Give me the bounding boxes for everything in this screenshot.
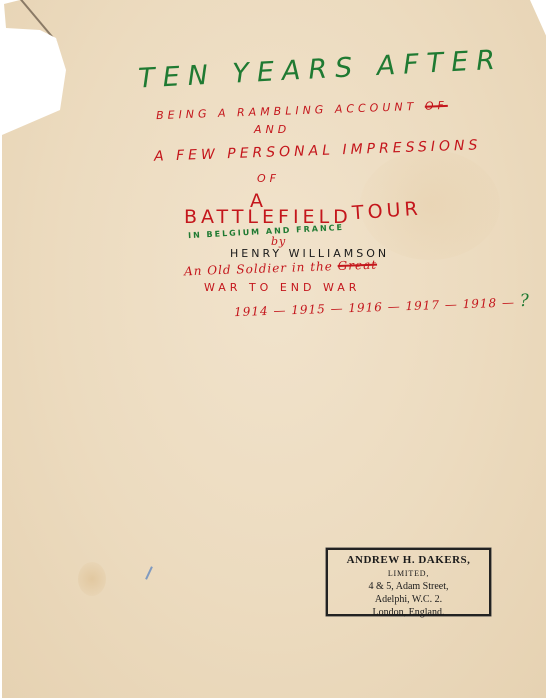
- publisher-suffix: LIMITED,: [328, 567, 489, 580]
- subtitle-line-1: BEING A RAMBLING ACCOUNT OF: [156, 99, 448, 122]
- subtitle-line-4: OF: [257, 172, 280, 185]
- water-stain: [78, 562, 106, 596]
- war-years: 1914 — 1915 — 1916 — 1917 — 1918 — ?: [234, 291, 531, 321]
- publisher-street: 4 & 5, Adam Street,: [328, 580, 489, 593]
- question-mark: ?: [519, 291, 530, 311]
- publisher-stamp: ANDREW H. DAKERS, LIMITED, 4 & 5, Adam S…: [326, 548, 491, 616]
- author-descriptor: An Old Soldier in the Great: [184, 258, 377, 279]
- struck-descriptor-word: Great: [337, 258, 377, 273]
- publisher-city: London, England.: [328, 606, 489, 619]
- torn-corner-crease: [20, 0, 57, 42]
- subtitle-text: BEING A RAMBLING ACCOUNT: [156, 100, 418, 122]
- struck-word: OF: [425, 99, 448, 113]
- document-title: TEN YEARS AFTER: [137, 44, 503, 94]
- publisher-district: Adelphi, W.C. 2.: [328, 593, 489, 606]
- war-phrase: WAR TO END WAR: [204, 281, 360, 294]
- descriptor-text: An Old Soldier in the: [184, 259, 333, 278]
- manuscript-page: TEN YEARS AFTER BEING A RAMBLING ACCOUNT…: [0, 0, 546, 698]
- years-text: 1914 — 1915 — 1916 — 1917 — 1918 —: [234, 295, 515, 319]
- stray-pen-mark: [145, 566, 153, 580]
- publisher-name: ANDREW H. DAKERS,: [328, 554, 489, 567]
- subtitle-line-2: AND: [254, 123, 290, 136]
